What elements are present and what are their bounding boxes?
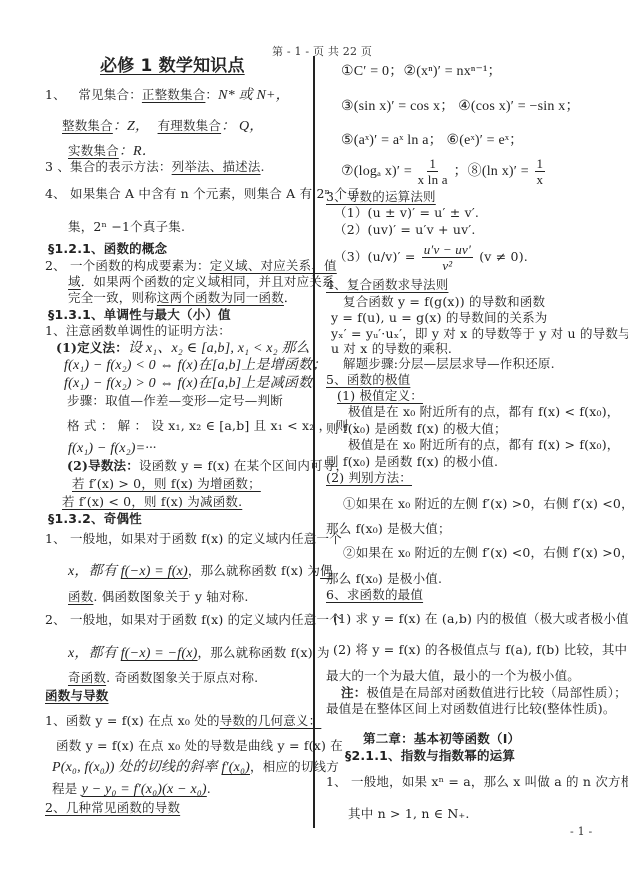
note-label: 注：	[341, 685, 366, 700]
even-line2: x，都有 f(−x) = f(x)，那么就称函数 f(x) 为偶	[68, 563, 333, 580]
text: 设函数 y = f(x) 在某个区间内可导，	[139, 458, 348, 473]
func-elements-line2: 域．如果两个函数的定义域相同，并且对应关系	[68, 274, 335, 290]
maxmin-heading: 6、求函数的最值	[326, 587, 423, 603]
numerator: 1	[535, 156, 546, 172]
deriv-item-1: 1、函数 y = f(x) 在点 x₀ 处的导数的几何意义：	[45, 713, 321, 729]
label: (2)导数法：	[67, 458, 139, 473]
mono-steps: 步骤：取值—作差—变形—定号—判断	[67, 393, 283, 409]
fraction: u′v − uv′v²	[422, 242, 473, 273]
deriv-item-2: 2、几种常见函数的导数	[45, 800, 180, 816]
sets-item-4-line1: 4、 如果集合 A 中含有 n 个元素，则集合 A 有 2ⁿ 个子	[45, 186, 360, 202]
maxmin-note-2: 最值是在整体区间上对函数值进行比较(整体性质)。	[326, 701, 616, 717]
formula-4: ⑦(logₐ x)′ = 1x ln a ；⑧(ln x)′ = 1x	[341, 156, 547, 188]
chain-5: 解题步骤:分层—层层求导—作积还原.	[343, 356, 555, 372]
text: ，那么就称函数 f(x) 为	[198, 645, 330, 660]
extrema-def-4: 则 f(x₀) 是函数 f(x) 的极小值.	[326, 454, 498, 470]
deriv-geo-line2: P(x₀, f(x₀)) 处的切线的斜率 f′(x₀)，相应的切线方	[52, 759, 339, 776]
int-symbol: ：Z，	[113, 119, 149, 134]
section-heading-211: §2.1.1、指数与指数幂的运算	[345, 748, 515, 764]
item-number: 1、	[45, 87, 66, 102]
text: ．如果两个函数的定义域相同，并且对应关系	[81, 274, 335, 289]
methods: 列举法、描述法	[172, 159, 261, 174]
label: 常见集合：	[78, 87, 142, 102]
extrema-judge-label: (2) 判别方法：	[326, 470, 412, 486]
mono-inc: f(x₁) − f(x₂) < 0 ⇔ f(x)在[a,b]上是增函数；	[64, 358, 327, 374]
odd-line2: x，都有 f(−x) = −f(x)，那么就称函数 f(x) 为	[68, 645, 330, 662]
maxmin-2: (2) 将 y = f(x) 的各极值点与 f(a), f(b) 比较，其中	[333, 642, 627, 658]
chain-2: y = f(u), u = g(x) 的导数间的关系为	[331, 310, 548, 326]
text: ，那么就称函数 f(x) 为	[188, 563, 320, 578]
even-def: f(−x) = f(x)	[121, 564, 188, 579]
sets-real: 实数集合：R．	[68, 143, 156, 160]
real-label: 实数集合	[68, 143, 119, 158]
maxmin-3: 最大的一个为最大值，最小的一个为极小值。	[326, 668, 580, 684]
text: ；⑧(ln x)′ =	[453, 164, 528, 179]
numerator: 1	[427, 156, 438, 172]
text: 3 、集合的表示方法：	[45, 159, 172, 174]
pos-int-symbol: N* 或 N+，	[218, 88, 290, 103]
underlined: 定义域、对应关系、值	[210, 258, 337, 273]
deriv-geo-line1: 函数 y = f(x) 在点 x₀ 处的导数是曲线 y = f(x) 在	[56, 738, 343, 754]
denominator: v²	[442, 258, 452, 273]
text: . 奇函数图象关于原点对称.	[106, 670, 258, 685]
extrema-judge-2: 那么 f(x₀) 是极大值；	[326, 521, 451, 537]
sets-item-3: 3 、集合的表示方法：列举法、描述法.	[45, 159, 265, 175]
extrema-def-1: 极值是在 x₀ 附近所有的点，都有 f(x) < f(x₀)，	[348, 404, 619, 420]
text: 2、 一个函数的构成要素为：	[45, 258, 210, 273]
rule-3: （3）(u/v)′ = u′v − uv′v² (v ≠ 0).	[334, 240, 528, 274]
text: ，相应的切线方	[250, 759, 339, 774]
extrema-judge-1: ①如果在 x₀ 附近的左侧 f′(x) >0，右侧 f′(x) <0，	[343, 496, 628, 512]
page-title: 必修 1 数学知识点	[100, 58, 245, 74]
text: ⑦(logₐ x)′ =	[341, 164, 412, 179]
chain-3: yₓ′ = yᵤ′·uₓ′，即 y 对 x 的导数等于 y 对 u 的导数与	[331, 326, 628, 342]
text: 设 x₁、x₂ ∈ [a,b], x₁ < x₂ 那么	[128, 341, 310, 356]
chain-4: u 对 x 的导数的乘积.	[331, 341, 452, 357]
rat-symbol: ： Q，	[221, 119, 263, 134]
rat-label: 有理数集合	[158, 118, 222, 133]
extrema-judge-4: 那么 f(x₀) 是极小值.	[326, 571, 442, 587]
underlined: 函数	[68, 589, 93, 604]
text: .	[207, 781, 211, 796]
numerator: u′v − uv′	[422, 242, 473, 258]
extrema-def-3: 极值是在 x₀ 附近所有的点，都有 f(x) > f(x₀)，	[348, 437, 619, 453]
extrema-def-2: 则 f(x₀) 是函数 f(x) 的极大值；	[326, 421, 507, 437]
text: （3）(u/v)′ =	[334, 249, 416, 264]
sets-int-rat: 整数集合：Z， 有理数集合： Q，	[62, 118, 264, 135]
func-elements-line1: 2、 一个函数的构成要素为：定义域、对应关系、值	[45, 258, 337, 274]
mono-deriv-method: (2)导数法：设函数 y = f(x) 在某个区间内可导，	[67, 458, 348, 474]
int-label: 整数集合	[62, 118, 113, 133]
underlined: 奇函数	[68, 670, 106, 685]
underlined: 这两个函数为同一函数	[157, 290, 284, 305]
odd-line3: 奇函数. 奇函数图象关于原点对称.	[68, 670, 258, 686]
sets-item-4-line2: 集，2ⁿ −1个真子集.	[68, 219, 185, 235]
denominator: x	[537, 172, 544, 187]
text: ．	[284, 290, 297, 305]
formula-3: ⑤(aˣ)′ = aˣ ln a； ⑥(eˣ)′ = eˣ；	[341, 133, 523, 149]
page-number: - 1 -	[570, 824, 592, 840]
chain-1: 复合函数 y = f(g(x)) 的导数和函数	[343, 294, 545, 310]
pos-int-label: 正整数集合	[142, 87, 206, 102]
underlined: 域	[68, 274, 81, 289]
label: (1)定义法：	[56, 340, 128, 355]
root-def-2: 其中 n > 1, n ∈ N₊.	[348, 806, 470, 822]
slope: f′(x₀)	[221, 760, 250, 775]
extrema-def-label: (1) 极值定义：	[337, 388, 423, 404]
section-heading-131: §1.3.1、单调性与最大（小）值	[48, 307, 231, 323]
func-elements-line3: 完全一致，则称这两个函数为同一函数．	[68, 290, 297, 306]
real-symbol: ：R．	[119, 144, 156, 159]
extrema-judge-3: ②如果在 x₀ 附近的左侧 f′(x) <0，右侧 f′(x) >0，	[343, 545, 628, 561]
text: 完全一致，则称	[68, 290, 157, 305]
mono-deriv-dec: 若 f′(x) < 0，则 f(x) 为减函数.	[62, 494, 242, 510]
mono-dec: f(x₁) − f(x₂) > 0 ⇔ f(x)在[a,b]上是减函数.	[64, 376, 316, 392]
odd-def: f(−x) = −f(x)	[121, 646, 198, 661]
text: P(x₀, f(x₀)) 处的切线的斜率	[52, 760, 221, 775]
rule-1: （1）(u ± v)′ = u′ ± v′.	[334, 205, 479, 221]
section-heading-132: §1.3.2、奇偶性	[48, 511, 142, 527]
mono-format: 格 式 ： 解 ： 设 x₁, x₂ ∈ [a,b] 且 x₁ < x₂ ， 则…	[67, 418, 365, 434]
chain-rule-heading: 4、复合函数求导法则	[326, 277, 448, 293]
section-heading-derivatives: 函数与导数	[45, 688, 109, 704]
formula-2: ③(sin x)′ = cos x； ④(cos x)′ = −sin x；	[341, 99, 580, 115]
text: 1、函数 y = f(x) 在点 x₀ 处的	[45, 713, 220, 728]
text: (v ≠ 0).	[479, 249, 528, 264]
rules-heading: 3、导数的运算法则	[326, 189, 436, 205]
fraction: 1x	[535, 156, 546, 187]
text: x，都有	[68, 646, 121, 661]
rule-2: （2）(uv)′ = u′v + uv′.	[334, 222, 476, 238]
chapter-2-heading: 第二章：基本初等函数（Ⅰ）	[363, 731, 520, 747]
tangent-eq: y − y₀ = f′(x₀)(x − x₀)	[82, 782, 207, 797]
extrema-heading: 5、函数的极值	[326, 372, 410, 388]
denominator: x ln a	[418, 172, 448, 187]
fraction: 1x ln a	[418, 156, 448, 187]
maxmin-1: (1) 求 y = f(x) 在 (a,b) 内的极值（极大或者极小值）	[333, 611, 628, 627]
section-heading-121: §1.2.1、函数的概念	[48, 241, 167, 257]
text: 程是	[52, 781, 82, 796]
mono-format-2: f(x₁) − f(x₂)=···	[68, 441, 156, 457]
mono-def-method: (1)定义法：设 x₁、x₂ ∈ [a,b], x₁ < x₂ 那么	[56, 340, 310, 357]
deriv-geo-line3: 程是 y − y₀ = f′(x₀)(x − x₀).	[52, 781, 211, 798]
text: x，都有	[68, 564, 121, 579]
underlined: 导数的几何意义：	[220, 713, 322, 728]
even-line3: 函数. 偶函数图象关于 y 轴对称.	[68, 589, 249, 605]
sets-item-1: 1、 常见集合：正整数集合：N* 或 N+，	[45, 87, 290, 104]
text: . 偶函数图象关于 y 轴对称.	[93, 589, 248, 604]
root-def-1: 1、 一般地，如果 xⁿ = a，那么 x 叫做 a 的 n 次方根。	[326, 774, 628, 790]
maxmin-note-1: 注：极值是在局部对函数值进行比较（局部性质）；	[341, 685, 627, 701]
mono-item-1: 1、注意函数单调性的证明方法：	[45, 323, 231, 339]
even-line1: 1、 一般地，如果对于函数 f(x) 的定义域内任意一个	[45, 531, 342, 547]
text: 极值是在局部对函数值进行比较（局部性质）；	[366, 685, 626, 700]
odd-line1: 2、 一般地，如果对于函数 f(x) 的定义域内任意一个	[45, 612, 342, 628]
mono-deriv-inc: 若 f′(x) > 0，则 f(x) 为增函数；	[72, 476, 261, 492]
formula-1: ①C′ = 0；②(xⁿ)′ = nxⁿ⁻¹；	[341, 64, 502, 80]
page-header: 第 - 1 - 页 共 22 页	[272, 44, 372, 60]
